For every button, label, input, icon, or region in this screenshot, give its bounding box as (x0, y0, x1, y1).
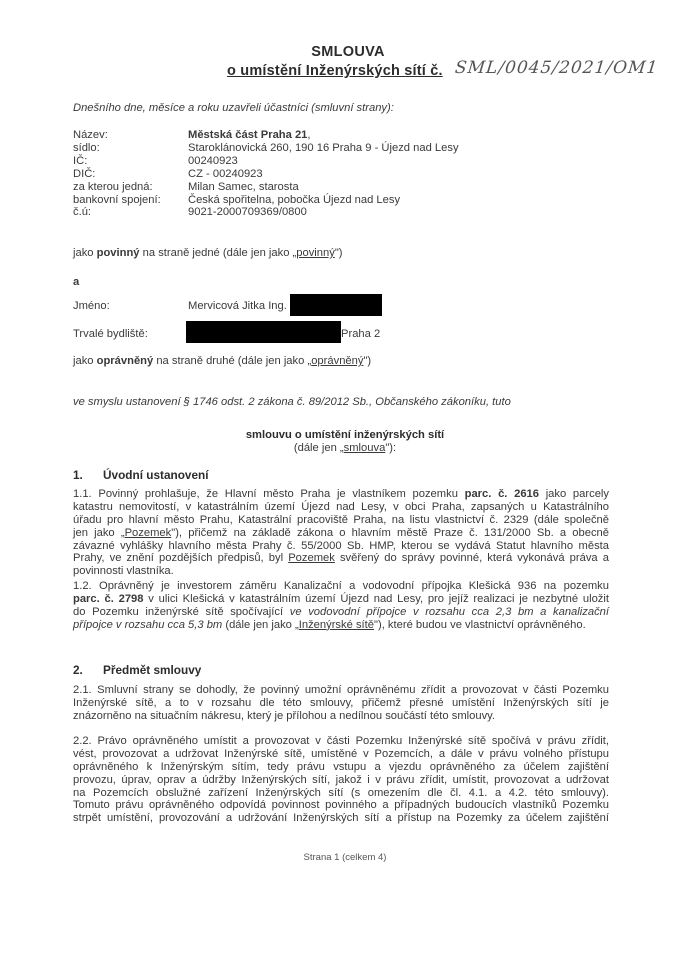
paragraph-line: oprávněného k Inženýrským sítím, tedy pr… (73, 761, 609, 774)
paragraph-line: katastru nemovitostí, v katastrálním úze… (73, 501, 609, 514)
section-title: Předmět smlouvy (103, 663, 201, 677)
role-short-term: oprávněný (311, 355, 363, 367)
party-field-label: za kterou jedná: (73, 181, 183, 194)
section-paragraph: 1.1. Povinný prohlašuje, že Hlavní město… (73, 488, 609, 578)
contract-page: SMLOUVA o umístění Inženýrských sítí č. … (0, 0, 678, 960)
section-paragraph: 2.2. Právo oprávněného umístit a provozo… (73, 735, 609, 825)
party-field-label: č.ú: (73, 206, 183, 219)
party-field-label: DIČ: (73, 168, 183, 181)
obligor-role-line: jako povinný na straně jedné (dále jen j… (73, 247, 343, 259)
role-bold: povinný (97, 247, 140, 259)
paragraph-line: Inženýrské sítě, a to v rozsahu dle této… (73, 697, 609, 710)
handwritten-contract-number: SML/0045/2021/OM1 (454, 58, 659, 78)
party-field-label: Název: (73, 129, 183, 142)
section-title: Úvodní ustanovení (103, 468, 209, 482)
paragraph-line: na Pozemcích obslužné zařízení Inženýrsk… (73, 787, 609, 800)
paragraph-line: povinnosti vlastníka. (73, 565, 609, 578)
intro-text: Dnešního dne, měsíce a roku uzavřeli úča… (73, 102, 394, 114)
party-field-value: Staroklánovická 260, 190 16 Praha 9 - Új… (188, 142, 459, 155)
redaction-box (290, 294, 382, 316)
party-field-value: Česká spořitelna, pobočka Újezd nad Lesy (188, 194, 400, 207)
entitled-name-value: Mervicová Jitka Ing. (188, 300, 287, 312)
redaction-box (186, 321, 341, 343)
party-field-value: Milan Samec, starosta (188, 181, 299, 194)
contract-subject-alias: (dále jen „smlouva"): (0, 442, 678, 454)
party-field-value: 00240923 (188, 155, 238, 168)
section-number: 1. (73, 468, 83, 482)
paragraph-line: 2.1. Smluvní strany se dohodly, že povin… (73, 684, 609, 697)
paragraph-line: provozu, úprav, oprav a údržby Inženýrsk… (73, 774, 609, 787)
document-subtitle: o umístění Inženýrských sítí č. (227, 63, 443, 79)
paragraph-line: úřadu pro hlavní město Prahu, Katastráln… (73, 514, 609, 527)
page-footer: Strana 1 (celkem 4) (0, 852, 678, 863)
paragraph-line: Tomuto právu oprávněného odpovídá povinn… (73, 799, 609, 812)
paragraph-line: vést, provozovat a udržovat Inženýrské s… (73, 748, 609, 761)
entitled-address-label: Trvalé bydliště: (73, 328, 148, 340)
section-paragraph: 2.1. Smluvní strany se dohodly, že povin… (73, 684, 609, 723)
entitled-address-suffix: Praha 2 (341, 328, 380, 340)
entitled-name-label: Jméno: (73, 300, 110, 312)
conjunction: a (73, 276, 79, 288)
contract-subject-title: smlouvu o umístění inženýrských sítí (0, 429, 678, 441)
party-field-label: bankovní spojení: (73, 194, 183, 207)
paragraph-line: 1.1. Povinný prohlašuje, že Hlavní město… (73, 488, 609, 501)
paragraph-line: znázorněno na situačním nákresu, který j… (73, 710, 609, 723)
paragraph-line: Prahy, ve znění pozdějších předpisů, byl… (73, 552, 609, 565)
role-short-term: povinný (296, 247, 335, 259)
party-field-value: Městská část Praha 21, (188, 129, 311, 142)
legal-basis: ve smyslu ustanovení § 1746 odst. 2 záko… (73, 396, 511, 408)
paragraph-line: do Pozemku inženýrské sítě spočívající v… (73, 606, 609, 619)
entitled-role-line: jako oprávněný na straně druhé (dále jen… (73, 355, 371, 367)
party-field-value: 9021-2000709369/0800 (188, 206, 307, 219)
paragraph-line: 2.2. Právo oprávněného umístit a provozo… (73, 735, 609, 748)
party-field-value: CZ - 00240923 (188, 168, 263, 181)
paragraph-line: závazné vyhlášky hlavního města Prahy č.… (73, 540, 609, 553)
paragraph-line: 1.2. Oprávněný je investorem záměru Kana… (73, 580, 609, 593)
paragraph-line: parc. č. 2798 v ulici Klešická v katastr… (73, 593, 609, 606)
section-number: 2. (73, 663, 83, 677)
section-paragraph: 1.2. Oprávněný je investorem záměru Kana… (73, 580, 609, 632)
party-field-label: IČ: (73, 155, 183, 168)
paragraph-line: strpět umístění, provozování a udržování… (73, 812, 609, 825)
paragraph-line: jen jako „Pozemek"), přičemž na základě … (73, 527, 609, 540)
party-field-label: sídlo: (73, 142, 183, 155)
role-bold: oprávněný (97, 355, 154, 367)
paragraph-line: přípojce v rozsahu cca 5,3 bm (dále jen … (73, 619, 609, 632)
